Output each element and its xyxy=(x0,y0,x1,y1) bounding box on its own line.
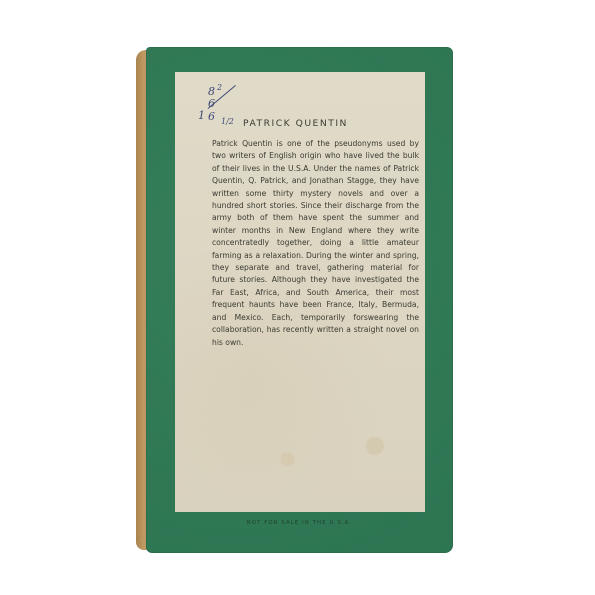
handwritten-fraction: 1/2 xyxy=(221,116,234,127)
author-heading: PATRICK QUENTIN xyxy=(243,118,348,129)
book-back-cover: 8 2 1 6 6 1/2 PATRICK QUENTIN Patrick Qu… xyxy=(136,47,454,553)
green-cover: 8 2 1 6 6 1/2 PATRICK QUENTIN Patrick Qu… xyxy=(146,47,453,553)
handwritten-digit: 2 xyxy=(217,82,222,93)
handwritten-price-notes: 8 2 1 6 6 1/2 xyxy=(188,82,238,132)
bio-panel: 8 2 1 6 6 1/2 PATRICK QUENTIN Patrick Qu… xyxy=(175,72,425,512)
author-bio: Patrick Quentin is one of the pseudonyms… xyxy=(212,138,419,349)
handwritten-digit: 8 xyxy=(208,86,215,97)
footer-notice: NOT FOR SALE IN THE U.S.A. xyxy=(146,520,453,526)
handwritten-digit: 6 xyxy=(208,111,215,122)
handwritten-digit: 1 xyxy=(198,110,205,121)
